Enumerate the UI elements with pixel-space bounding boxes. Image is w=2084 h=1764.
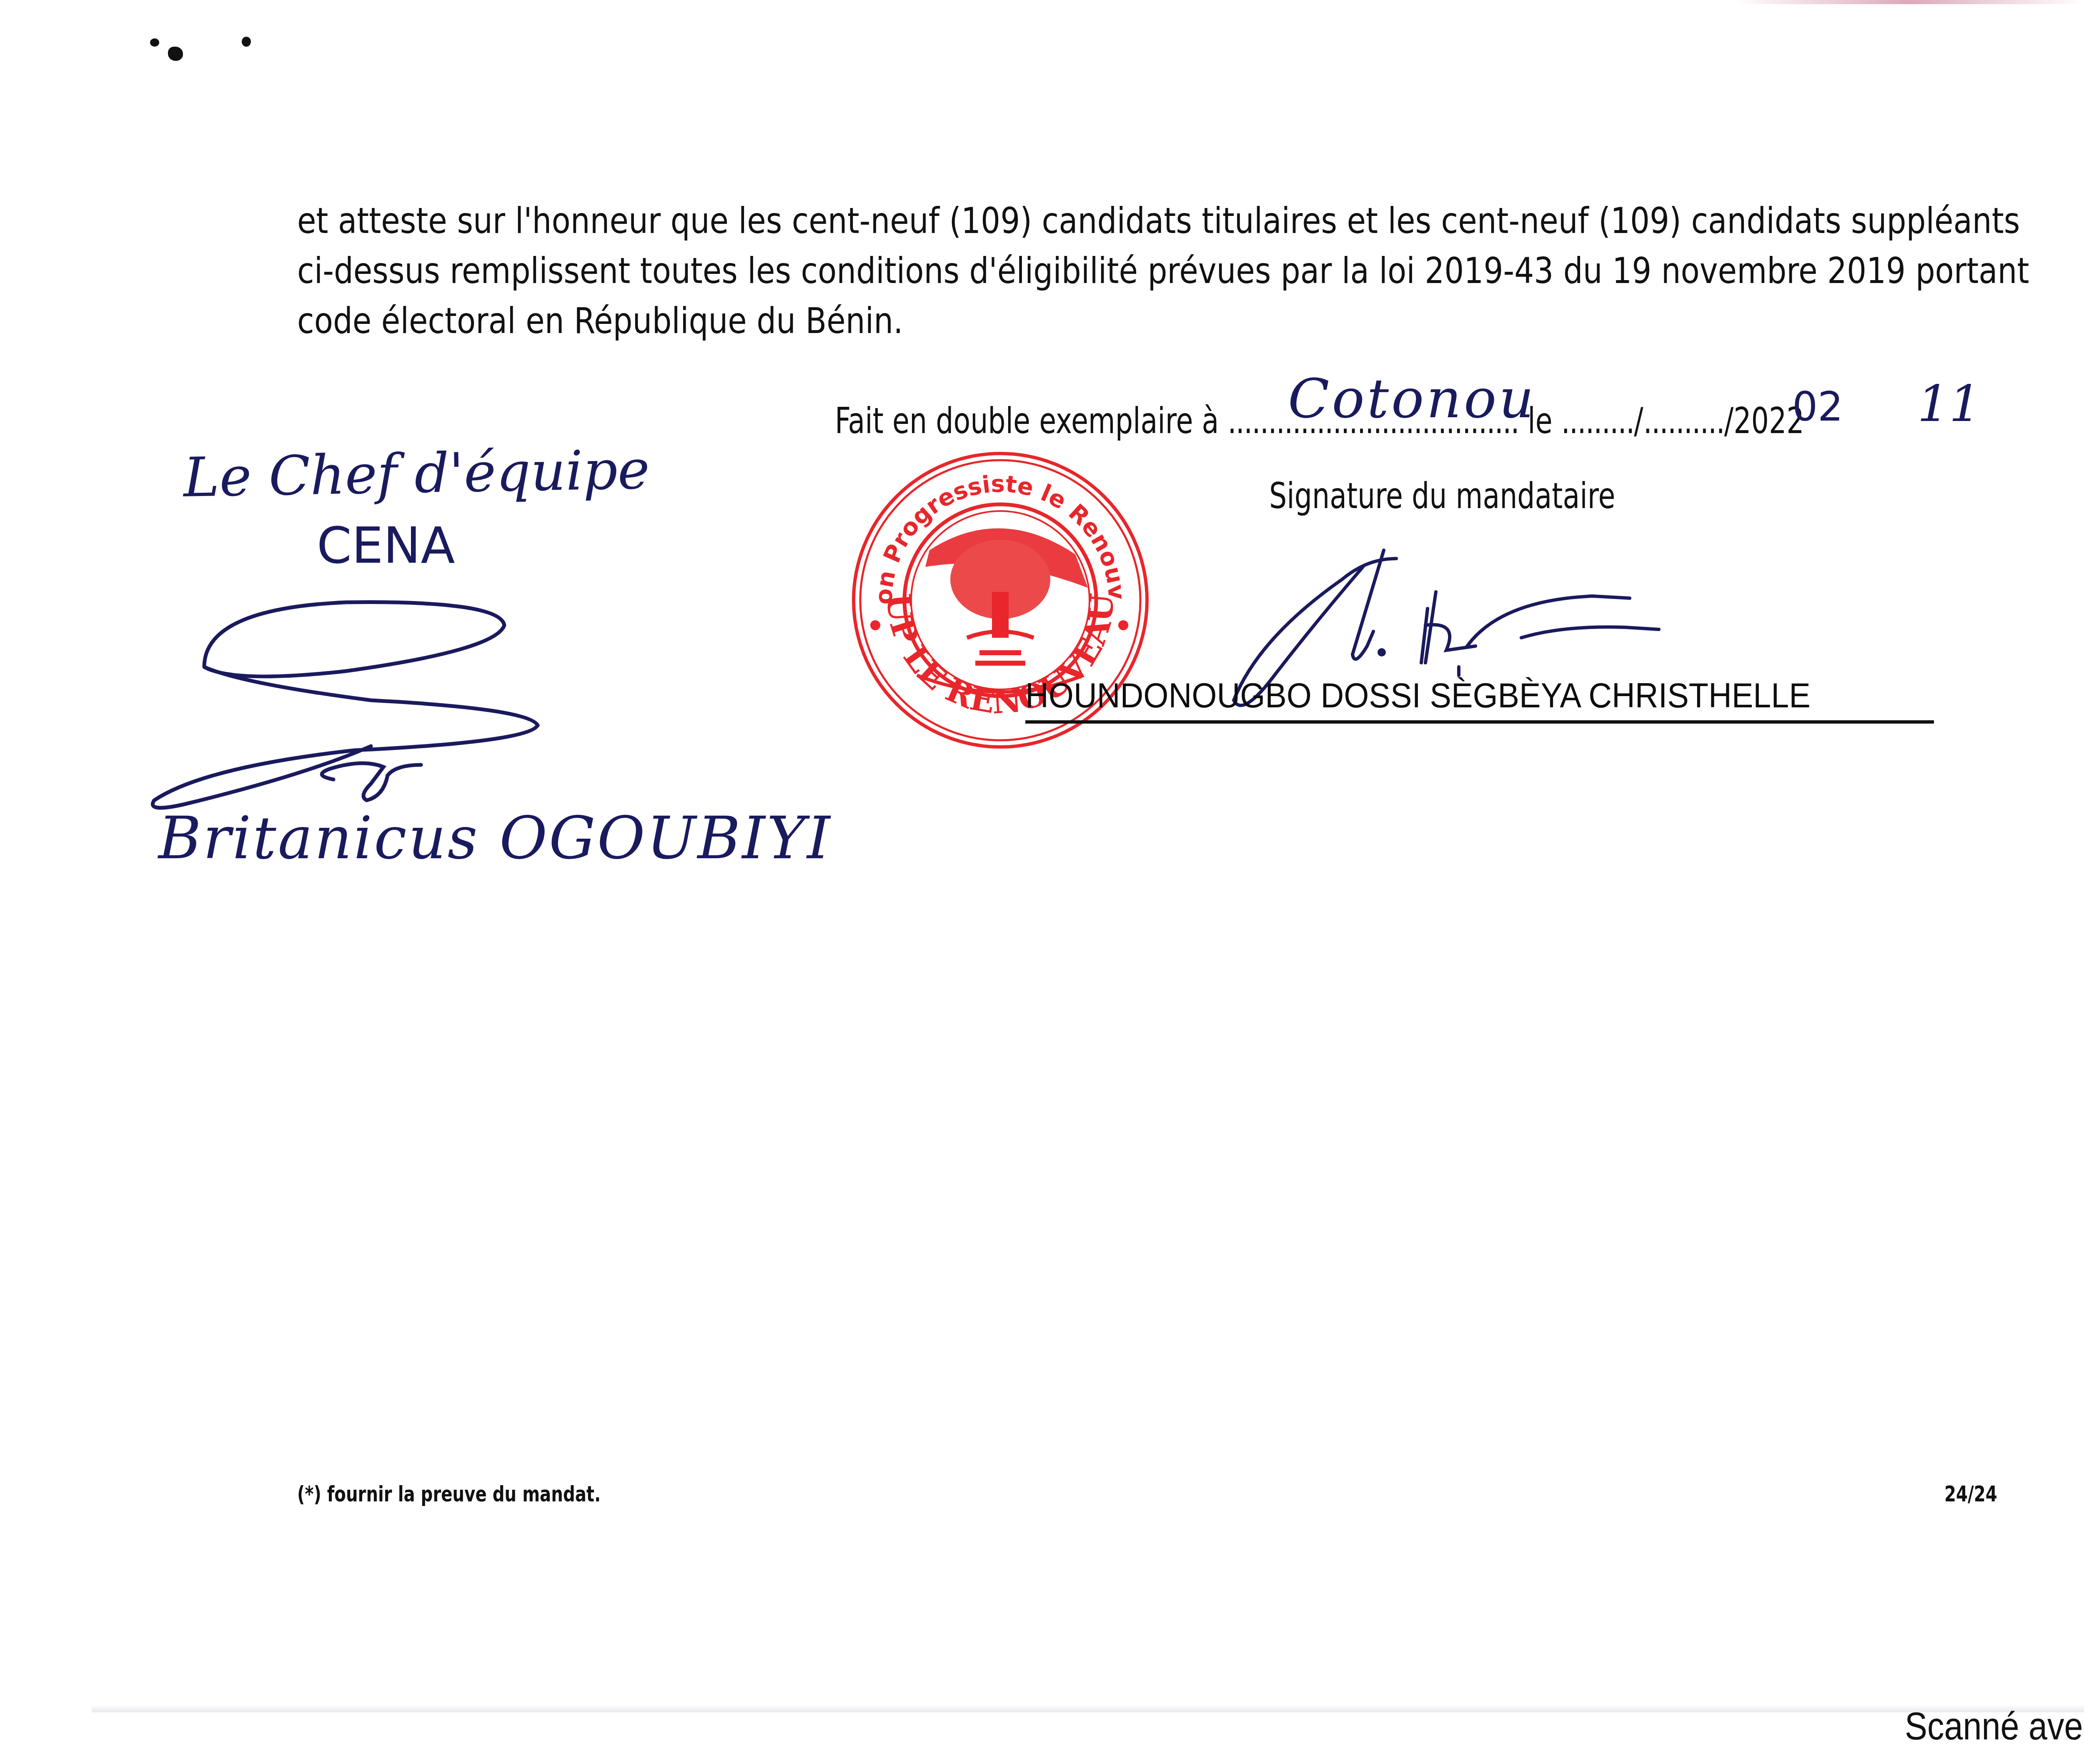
scan-speck — [168, 47, 183, 61]
signatory-underline — [1025, 720, 1934, 724]
handwritten-place: Cotonou — [1288, 367, 1536, 430]
chef-equipe-signature — [138, 600, 825, 817]
paragraph-line: ci-dessus remplissent toutes les conditi… — [297, 246, 2084, 296]
chef-equipe-name: Britanicus OGOUBIYI — [158, 804, 832, 872]
page-number: 24/24 — [1944, 1482, 1997, 1507]
date-sep: / — [1724, 400, 1733, 442]
paragraph-line: code électoral en République du Bénin. — [297, 296, 2084, 346]
month-dots: .......... — [1643, 400, 1724, 442]
place-prefix: Fait en double exemplaire à — [835, 400, 1227, 442]
handwritten-day: 02 — [1792, 383, 1843, 430]
edge-smudge — [1734, 0, 2084, 4]
day-dots: ......... — [1561, 400, 1634, 442]
signatory-name: HOUNDONOUGBO DOSSI SÈGBÈYA CHRISTHELLE — [1025, 675, 1811, 716]
scan-speck — [242, 37, 251, 47]
signature-label: Signature du mandataire — [1269, 475, 1615, 517]
page-edge-shadow — [92, 1705, 2084, 1712]
paragraph-line: et atteste sur l'honneur que les cent-ne… — [297, 196, 2084, 246]
scan-speck — [150, 38, 159, 47]
date-sep: / — [1634, 400, 1643, 442]
camscanner-watermark: Scanné avec CamScanner — [1905, 1705, 2084, 1749]
handwritten-month: 11 — [1917, 375, 1981, 433]
cena-label: CENA — [317, 517, 455, 575]
chef-equipe-title: Le Chef d'équipe — [183, 438, 650, 509]
attestation-paragraph: et atteste sur l'honneur que les cent-ne… — [297, 196, 2084, 346]
footnote: (*) fournir la preuve du mandat. — [297, 1482, 601, 1507]
